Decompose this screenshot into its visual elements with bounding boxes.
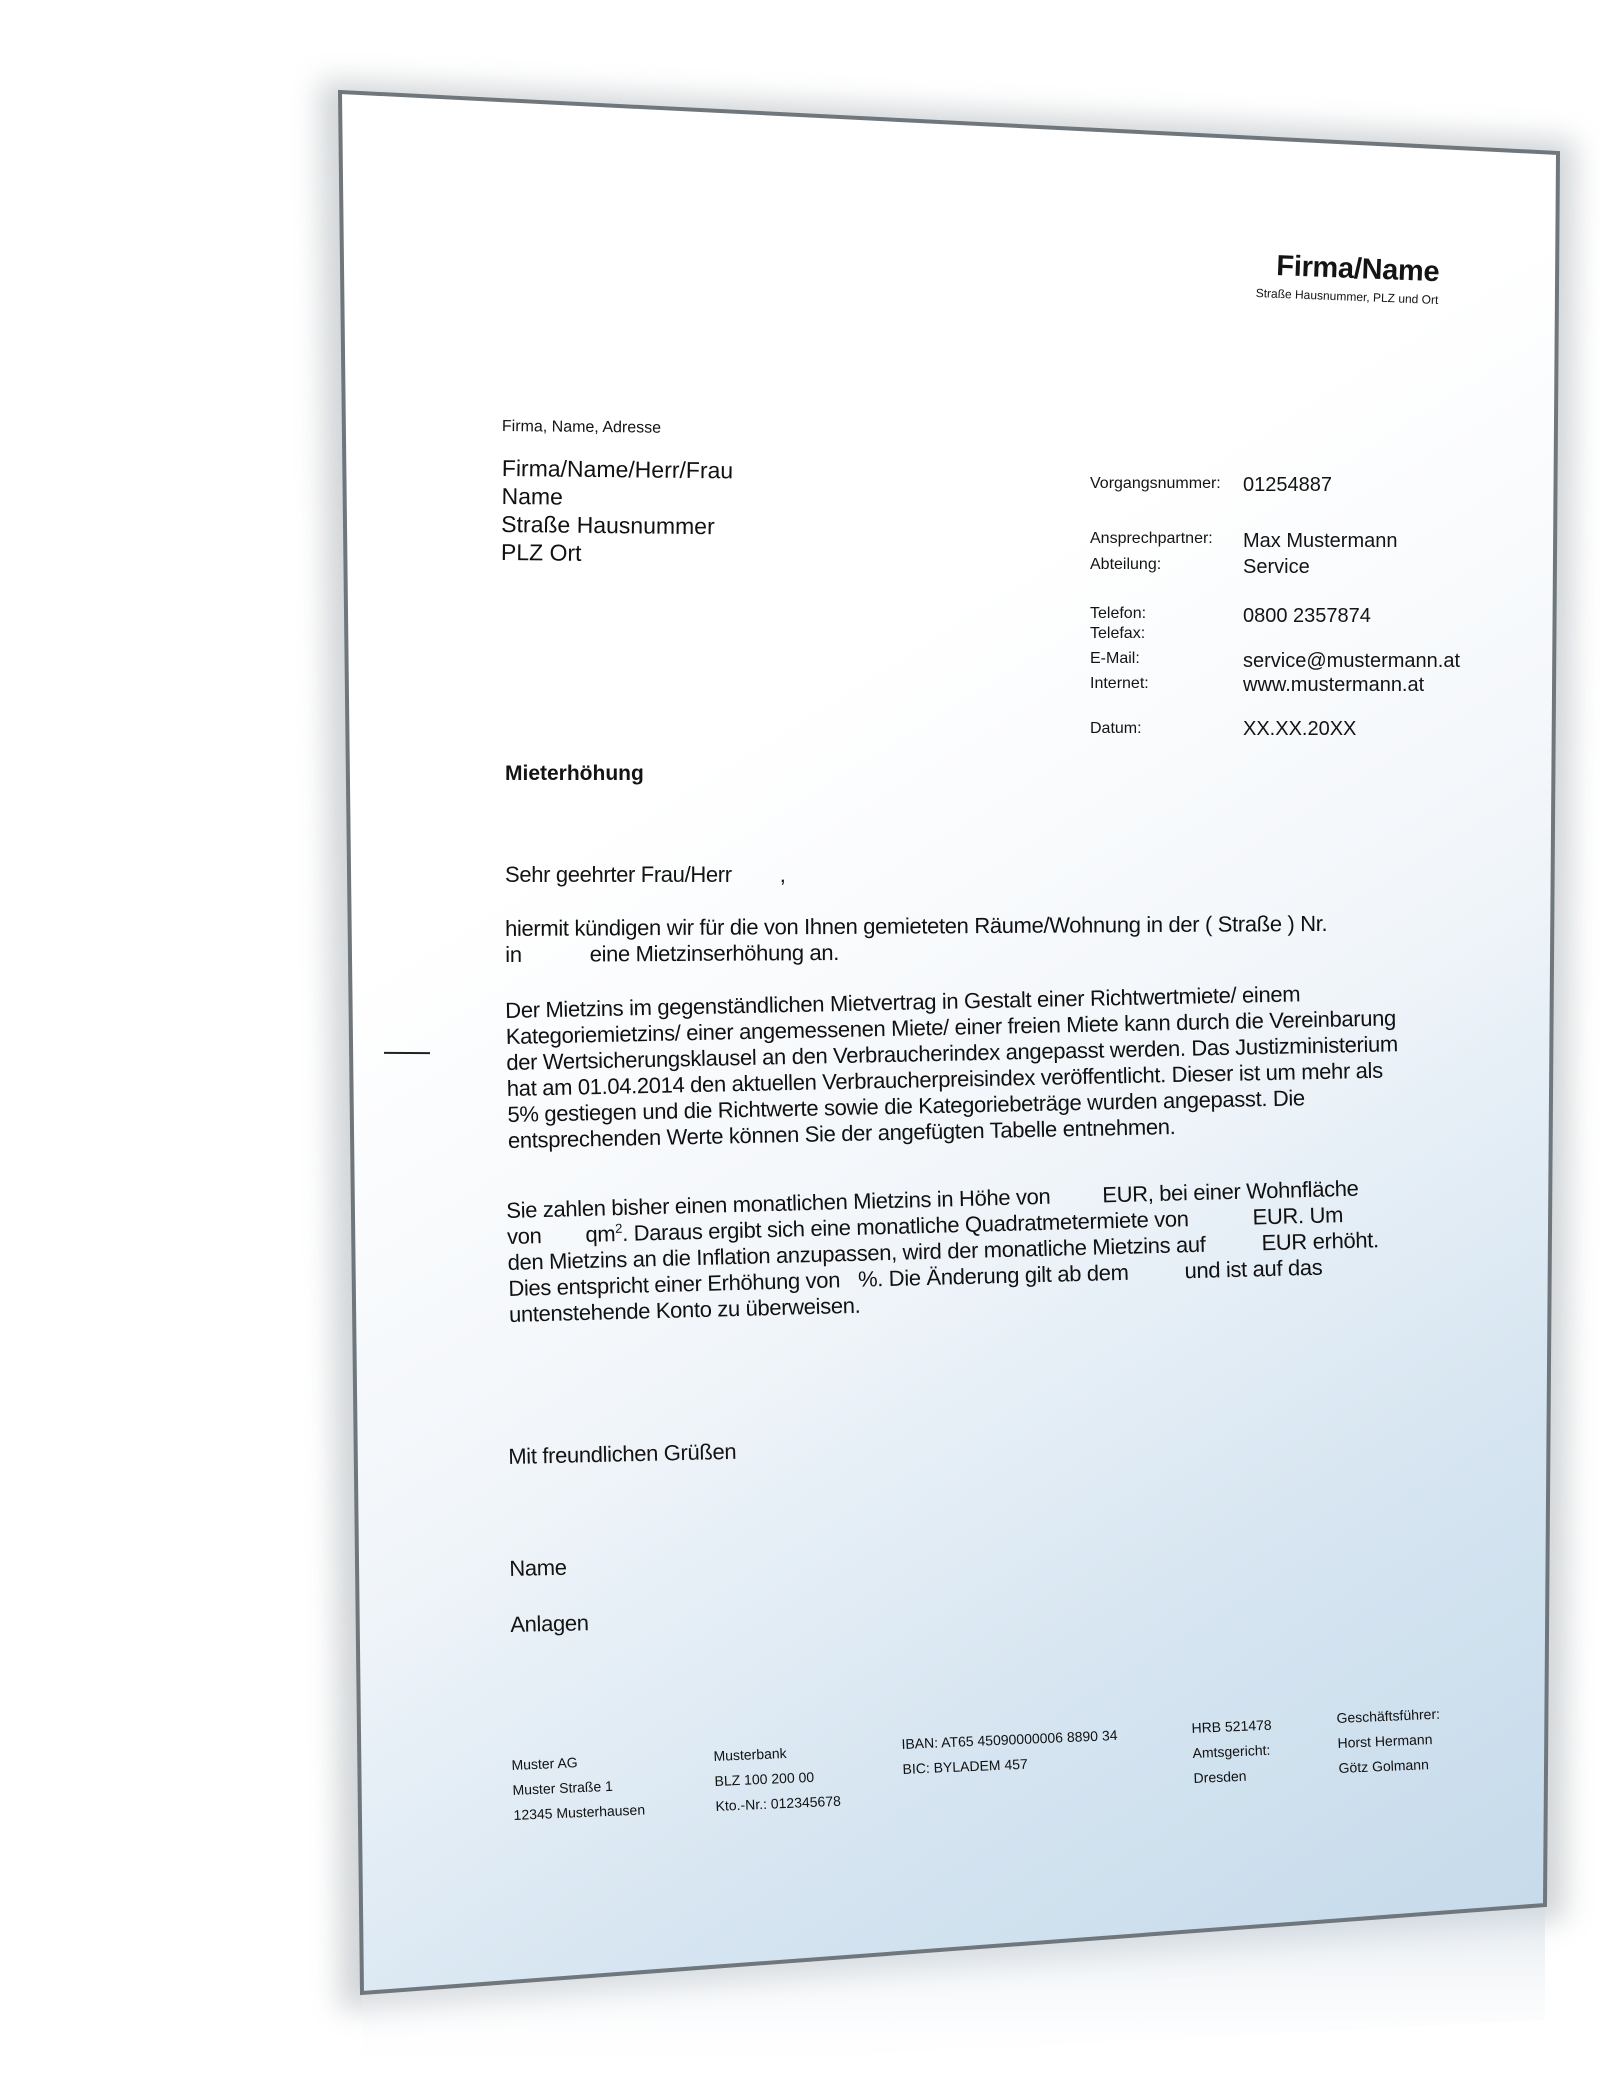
internet-label: Internet:: [1090, 675, 1149, 693]
text-in: in: [505, 942, 522, 967]
recipient-address: Firma/Name/Herr/Frau Name Straße Hausnum…: [501, 454, 733, 568]
paragraph-line: ineine Mietzinserhöhung an.: [505, 937, 1327, 968]
email-label: E-Mail:: [1090, 650, 1140, 668]
footer-management: Geschäftsführer: Horst Hermann Götz Golm…: [1336, 1702, 1443, 1781]
vorgang-label: Vorgangsnummer:: [1090, 475, 1221, 493]
text-announce: eine Mietzinserhöhung an.: [590, 940, 839, 967]
text: und ist auf das: [1184, 1255, 1322, 1284]
fold-mark: [384, 1052, 430, 1054]
recipient-line: PLZ Ort: [501, 538, 733, 568]
ansprech-label: Ansprechpartner:: [1090, 530, 1213, 548]
salutation-text: Sehr geehrter Frau/Herr: [505, 862, 732, 887]
text: EUR. Um: [1252, 1202, 1343, 1229]
footer-line: HRB 521478: [1191, 1713, 1272, 1741]
footer-line: Dresden: [1193, 1763, 1274, 1791]
footer-register: HRB 521478 Amtsgericht: Dresden: [1191, 1713, 1274, 1791]
recipient-line: Straße Hausnummer: [501, 510, 733, 540]
footer-bank: Musterbank BLZ 100 200 00 Kto.-Nr.: 0123…: [713, 1739, 841, 1819]
telefon-value: 0800 2357874: [1243, 605, 1371, 628]
datum-value: XX.XX.20XX: [1243, 718, 1356, 741]
text: EUR erhöht.: [1261, 1227, 1379, 1255]
telefon-label: Telefon:: [1090, 605, 1146, 623]
text: qm: [585, 1221, 616, 1247]
recipient-line: Firma/Name/Herr/Frau: [502, 454, 734, 484]
datum-label: Datum:: [1090, 720, 1142, 738]
paragraph-line: hiermit kündigen wir für die von Ihnen g…: [505, 911, 1327, 942]
footer-line: Amtsgericht:: [1192, 1738, 1273, 1766]
recipient-line: Name: [501, 482, 733, 512]
paragraph-2: Der Mietzins im gegenständlichen Mietver…: [505, 979, 1400, 1154]
telefax-label: Telefax:: [1090, 625, 1145, 643]
footer-line: Götz Golmann: [1338, 1752, 1442, 1781]
text: von: [507, 1223, 542, 1249]
ansprech-value: Max Mustermann: [1243, 530, 1398, 553]
footer-iban: IBAN: AT65 45090000006 8890 34 BIC: BYLA…: [901, 1723, 1119, 1782]
footer-line: Kto.-Nr.: 012345678: [715, 1789, 841, 1819]
vorgang-value: 01254887: [1243, 474, 1332, 497]
paragraph-1: hiermit kündigen wir für die von Ihnen g…: [505, 911, 1327, 968]
sender-line: Firma, Name, Adresse: [502, 418, 661, 438]
footer-company: Muster AG Muster Straße 1 12345 Musterha…: [511, 1747, 646, 1827]
abteilung-value: Service: [1243, 556, 1310, 579]
salutation: Sehr geehrter Frau/Herr,: [505, 862, 785, 888]
paragraph-3: Sie zahlen bisher einen monatlichen Miet…: [506, 1175, 1380, 1328]
signature-name: Name: [509, 1555, 567, 1582]
internet-value[interactable]: www.mustermann.at: [1243, 674, 1424, 697]
email-value[interactable]: service@mustermann.at: [1243, 650, 1460, 673]
abteilung-label: Abteilung:: [1090, 556, 1161, 574]
letterhead-title: Firma/Name: [1276, 250, 1440, 289]
closing: Mit freundlichen Grüßen: [508, 1439, 736, 1470]
attachments-label: Anlagen: [510, 1610, 589, 1638]
salutation-comma: ,: [780, 862, 786, 887]
subject-heading: Mieterhöhung: [505, 762, 644, 786]
